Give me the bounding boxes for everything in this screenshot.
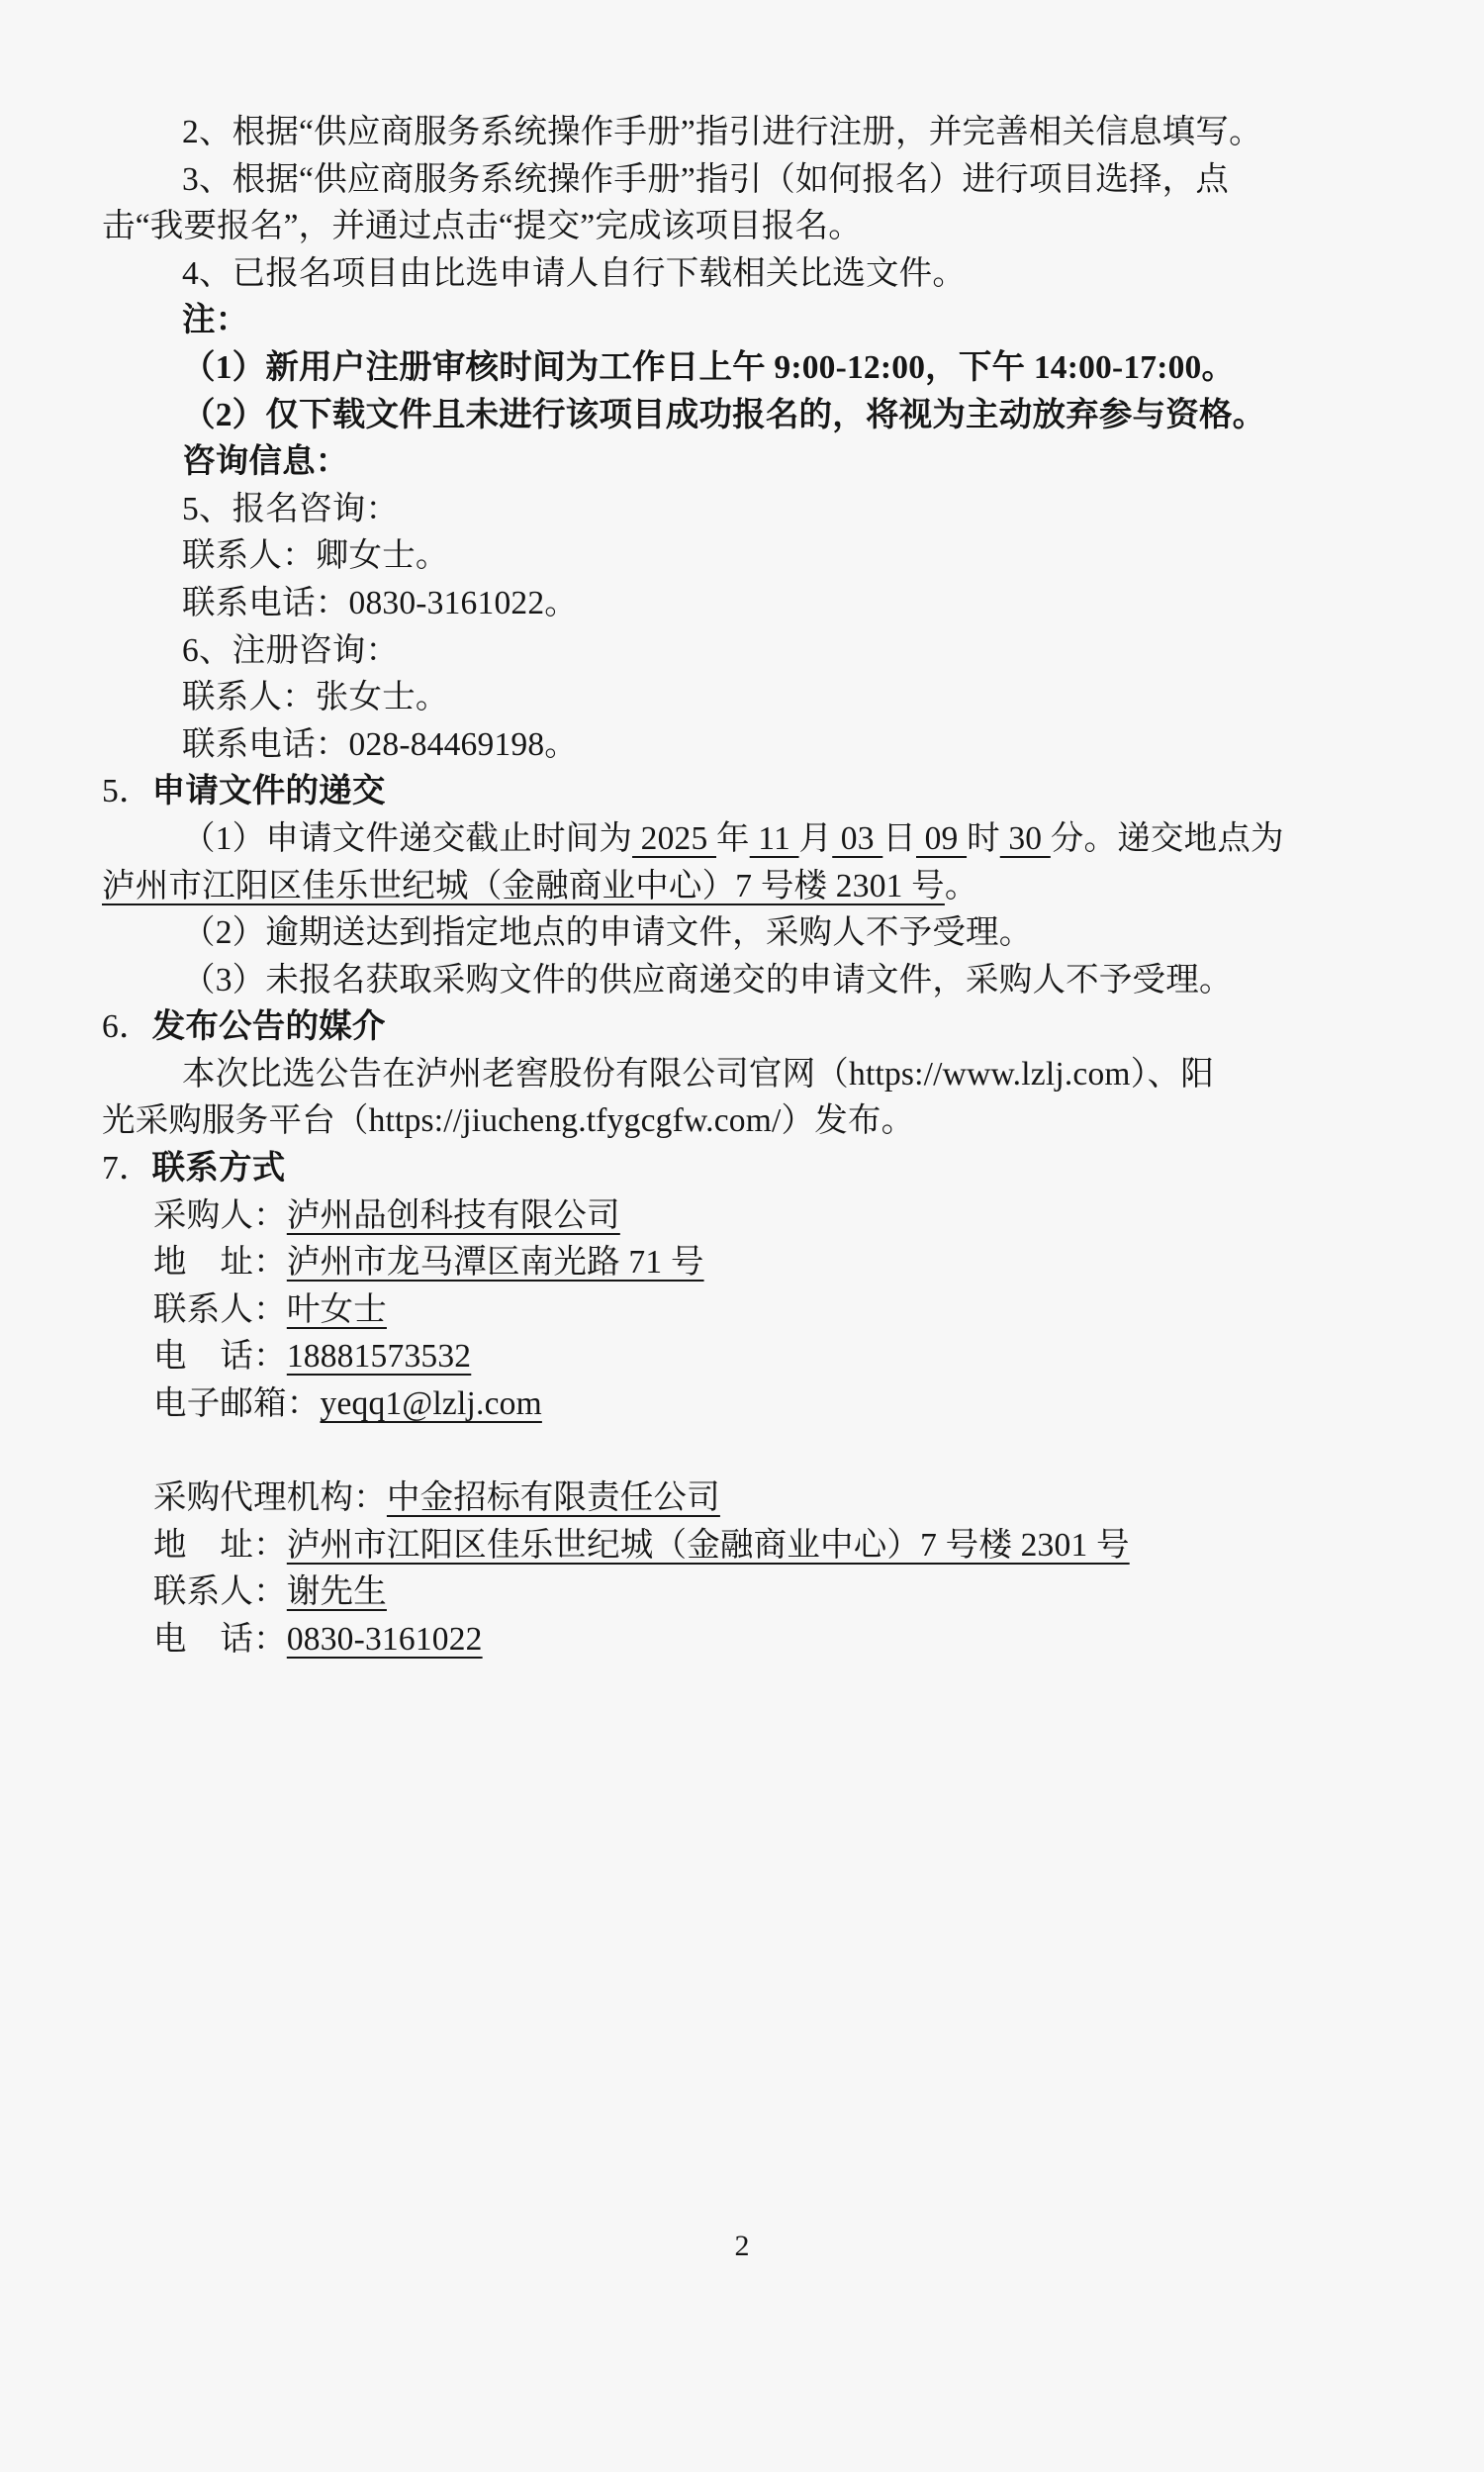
text-line: 联系人：叶女士	[102, 1286, 1388, 1334]
text-line: 联系电话：0830-3161022。	[102, 580, 1388, 627]
text-segment: （2）逾期送达到指定地点的申请文件，采购人不予受理。	[182, 914, 1032, 951]
underlined-text: 泸州市江阳区佳乐世纪城（金融商业中心）7 号楼 2301 号	[102, 868, 945, 904]
document-page: 2、根据“供应商服务系统操作手册”指引进行注册，并完善相关信息填写。3、根据“供…	[102, 109, 1388, 1664]
text-segment: 5．	[102, 773, 152, 809]
text-segment: 光采购服务平台（https://jiucheng.tfygcgfw.com/）发…	[102, 1102, 914, 1139]
text-segment: 电 话：	[153, 1621, 287, 1658]
text-line: 采购人：泸州品创科技有限公司	[102, 1192, 1388, 1240]
text-line: 击“我要报名”，并通过点击“提交”完成该项目报名。	[102, 203, 1388, 250]
text-segment: （1）申请文件递交截止时间为	[182, 820, 632, 857]
text-line: 6．发布公告的媒介	[102, 1003, 1388, 1051]
text-segment: 3、根据“供应商服务系统操作手册”指引（如何报名）进行项目选择，点	[182, 161, 1229, 198]
underlined-text: 11	[750, 820, 799, 857]
text-line: 联系人：谢先生	[102, 1569, 1388, 1616]
text-segment: 分。递交地点为	[1051, 820, 1284, 857]
text-segment: 时	[967, 820, 1000, 857]
text-segment: 电 话：	[153, 1338, 287, 1375]
text-line: 光采购服务平台（https://jiucheng.tfygcgfw.com/）发…	[102, 1097, 1388, 1145]
text-segment: 地 址：	[153, 1527, 287, 1564]
text-line: 咨询信息：	[102, 438, 1388, 486]
underlined-text: 中金招标有限责任公司	[387, 1479, 720, 1516]
text-segment: 2、根据“供应商服务系统操作手册”指引进行注册，并完善相关信息填写。	[182, 114, 1262, 150]
text-segment: 采购人：	[153, 1197, 287, 1234]
underlined-text: 09	[916, 820, 967, 857]
text-line: 2、根据“供应商服务系统操作手册”指引进行注册，并完善相关信息填写。	[102, 109, 1388, 156]
text-segment: 。	[945, 868, 978, 904]
text-line: （2）仅下载文件且未进行该项目成功报名的，将视为主动放弃参与资格。	[102, 392, 1388, 439]
text-line: 联系电话：028-84469198。	[102, 721, 1388, 769]
text-segment: （3）未报名获取采购文件的供应商递交的申请文件，采购人不予受理。	[182, 962, 1233, 998]
text-segment: 联系电话：028-84469198。	[182, 726, 578, 763]
text-segment: 4、已报名项目由比选申请人自行下载相关比选文件。	[182, 255, 966, 292]
underlined-text: 泸州市龙马潭区南光路 71 号	[287, 1244, 704, 1281]
text-segment: 地 址：	[153, 1244, 287, 1281]
text-line: 注：	[102, 297, 1388, 344]
underlined-text: 30	[1000, 820, 1051, 857]
document-text-block: 2、根据“供应商服务系统操作手册”指引进行注册，并完善相关信息填写。3、根据“供…	[102, 109, 1388, 1664]
text-segment: 联系电话：0830-3161022。	[182, 585, 578, 621]
text-line: （2）逾期送达到指定地点的申请文件，采购人不予受理。	[102, 909, 1388, 957]
text-segment: 年	[716, 820, 750, 857]
bold-text: （1）新用户注册审核时间为工作日上午 9:00-12:00，下午 14:00-1…	[182, 349, 1235, 386]
underlined-text: 18881573532	[287, 1338, 471, 1375]
bold-text: （2）仅下载文件且未进行该项目成功报名的，将视为主动放弃参与资格。	[182, 397, 1265, 433]
text-segment: 6、注册咨询：	[182, 632, 399, 669]
text-line: 5、报名咨询：	[102, 486, 1388, 533]
text-line: 联系人：卿女士。	[102, 532, 1388, 580]
underlined-text: yeqq1@lzlj.com	[321, 1385, 542, 1422]
text-segment: 7．	[102, 1150, 152, 1187]
text-line: （3）未报名获取采购文件的供应商递交的申请文件，采购人不予受理。	[102, 957, 1388, 1004]
text-segment: 联系人：	[153, 1573, 287, 1610]
text-line: 采购代理机构：中金招标有限责任公司	[102, 1474, 1388, 1522]
bold-text: 咨询信息：	[182, 443, 349, 480]
text-line: 地 址：泸州市江阳区佳乐世纪城（金融商业中心）7 号楼 2301 号	[102, 1522, 1388, 1569]
text-segment: 月	[799, 820, 833, 857]
underlined-text: 0830-3161022	[287, 1621, 483, 1658]
text-line: 7．联系方式	[102, 1145, 1388, 1192]
text-line: 地 址：泸州市龙马潭区南光路 71 号	[102, 1239, 1388, 1286]
underlined-text: 泸州品创科技有限公司	[287, 1197, 620, 1234]
text-line: 5．申请文件的递交	[102, 768, 1388, 815]
underlined-text: 泸州市江阳区佳乐世纪城（金融商业中心）7 号楼 2301 号	[287, 1527, 1130, 1564]
underlined-text: 谢先生	[287, 1573, 387, 1610]
text-segment: 击“我要报名”，并通过点击“提交”完成该项目报名。	[102, 208, 862, 244]
text-segment: 本次比选公告在泸州老窖股份有限公司官网（https://www.lzlj.com…	[182, 1056, 1214, 1093]
text-line: （1）申请文件递交截止时间为 2025 年 11 月 03 日 09 时 30 …	[102, 815, 1388, 863]
text-line: 电 话：0830-3161022	[102, 1616, 1388, 1664]
text-segment: 联系人：卿女士。	[182, 537, 449, 574]
text-line: （1）新用户注册审核时间为工作日上午 9:00-12:00，下午 14:00-1…	[102, 344, 1388, 392]
text-segment: 联系人：	[153, 1291, 287, 1328]
underlined-text: 叶女士	[287, 1291, 387, 1328]
text-line: 本次比选公告在泸州老窖股份有限公司官网（https://www.lzlj.com…	[102, 1051, 1388, 1098]
text-line: 3、根据“供应商服务系统操作手册”指引（如何报名）进行项目选择，点	[102, 156, 1388, 204]
bold-text: 申请文件的递交	[152, 773, 386, 809]
text-line: 联系人：张女士。	[102, 674, 1388, 721]
text-segment: 6．	[102, 1008, 152, 1045]
text-line: 电子邮箱：yeqq1@lzlj.com	[102, 1380, 1388, 1428]
text-segment: 联系人：张女士。	[182, 679, 449, 715]
underlined-text: 2025	[632, 820, 716, 857]
text-segment: 5、报名咨询：	[182, 491, 399, 527]
text-line: 6、注册咨询：	[102, 627, 1388, 675]
text-segment: 日	[882, 820, 916, 857]
text-segment: 电子邮箱：	[153, 1385, 321, 1422]
page-number: 2	[0, 2229, 1484, 2264]
bold-text: 联系方式	[152, 1150, 286, 1187]
text-line: 泸州市江阳区佳乐世纪城（金融商业中心）7 号楼 2301 号。	[102, 863, 1388, 910]
underlined-text: 03	[832, 820, 882, 857]
text-line: 4、已报名项目由比选申请人自行下载相关比选文件。	[102, 250, 1388, 298]
blank-line	[102, 1428, 1388, 1475]
text-line: 电 话：18881573532	[102, 1333, 1388, 1380]
bold-text: 发布公告的媒介	[152, 1008, 386, 1045]
bold-text: 注：	[182, 302, 248, 338]
text-segment: 采购代理机构：	[153, 1479, 387, 1516]
